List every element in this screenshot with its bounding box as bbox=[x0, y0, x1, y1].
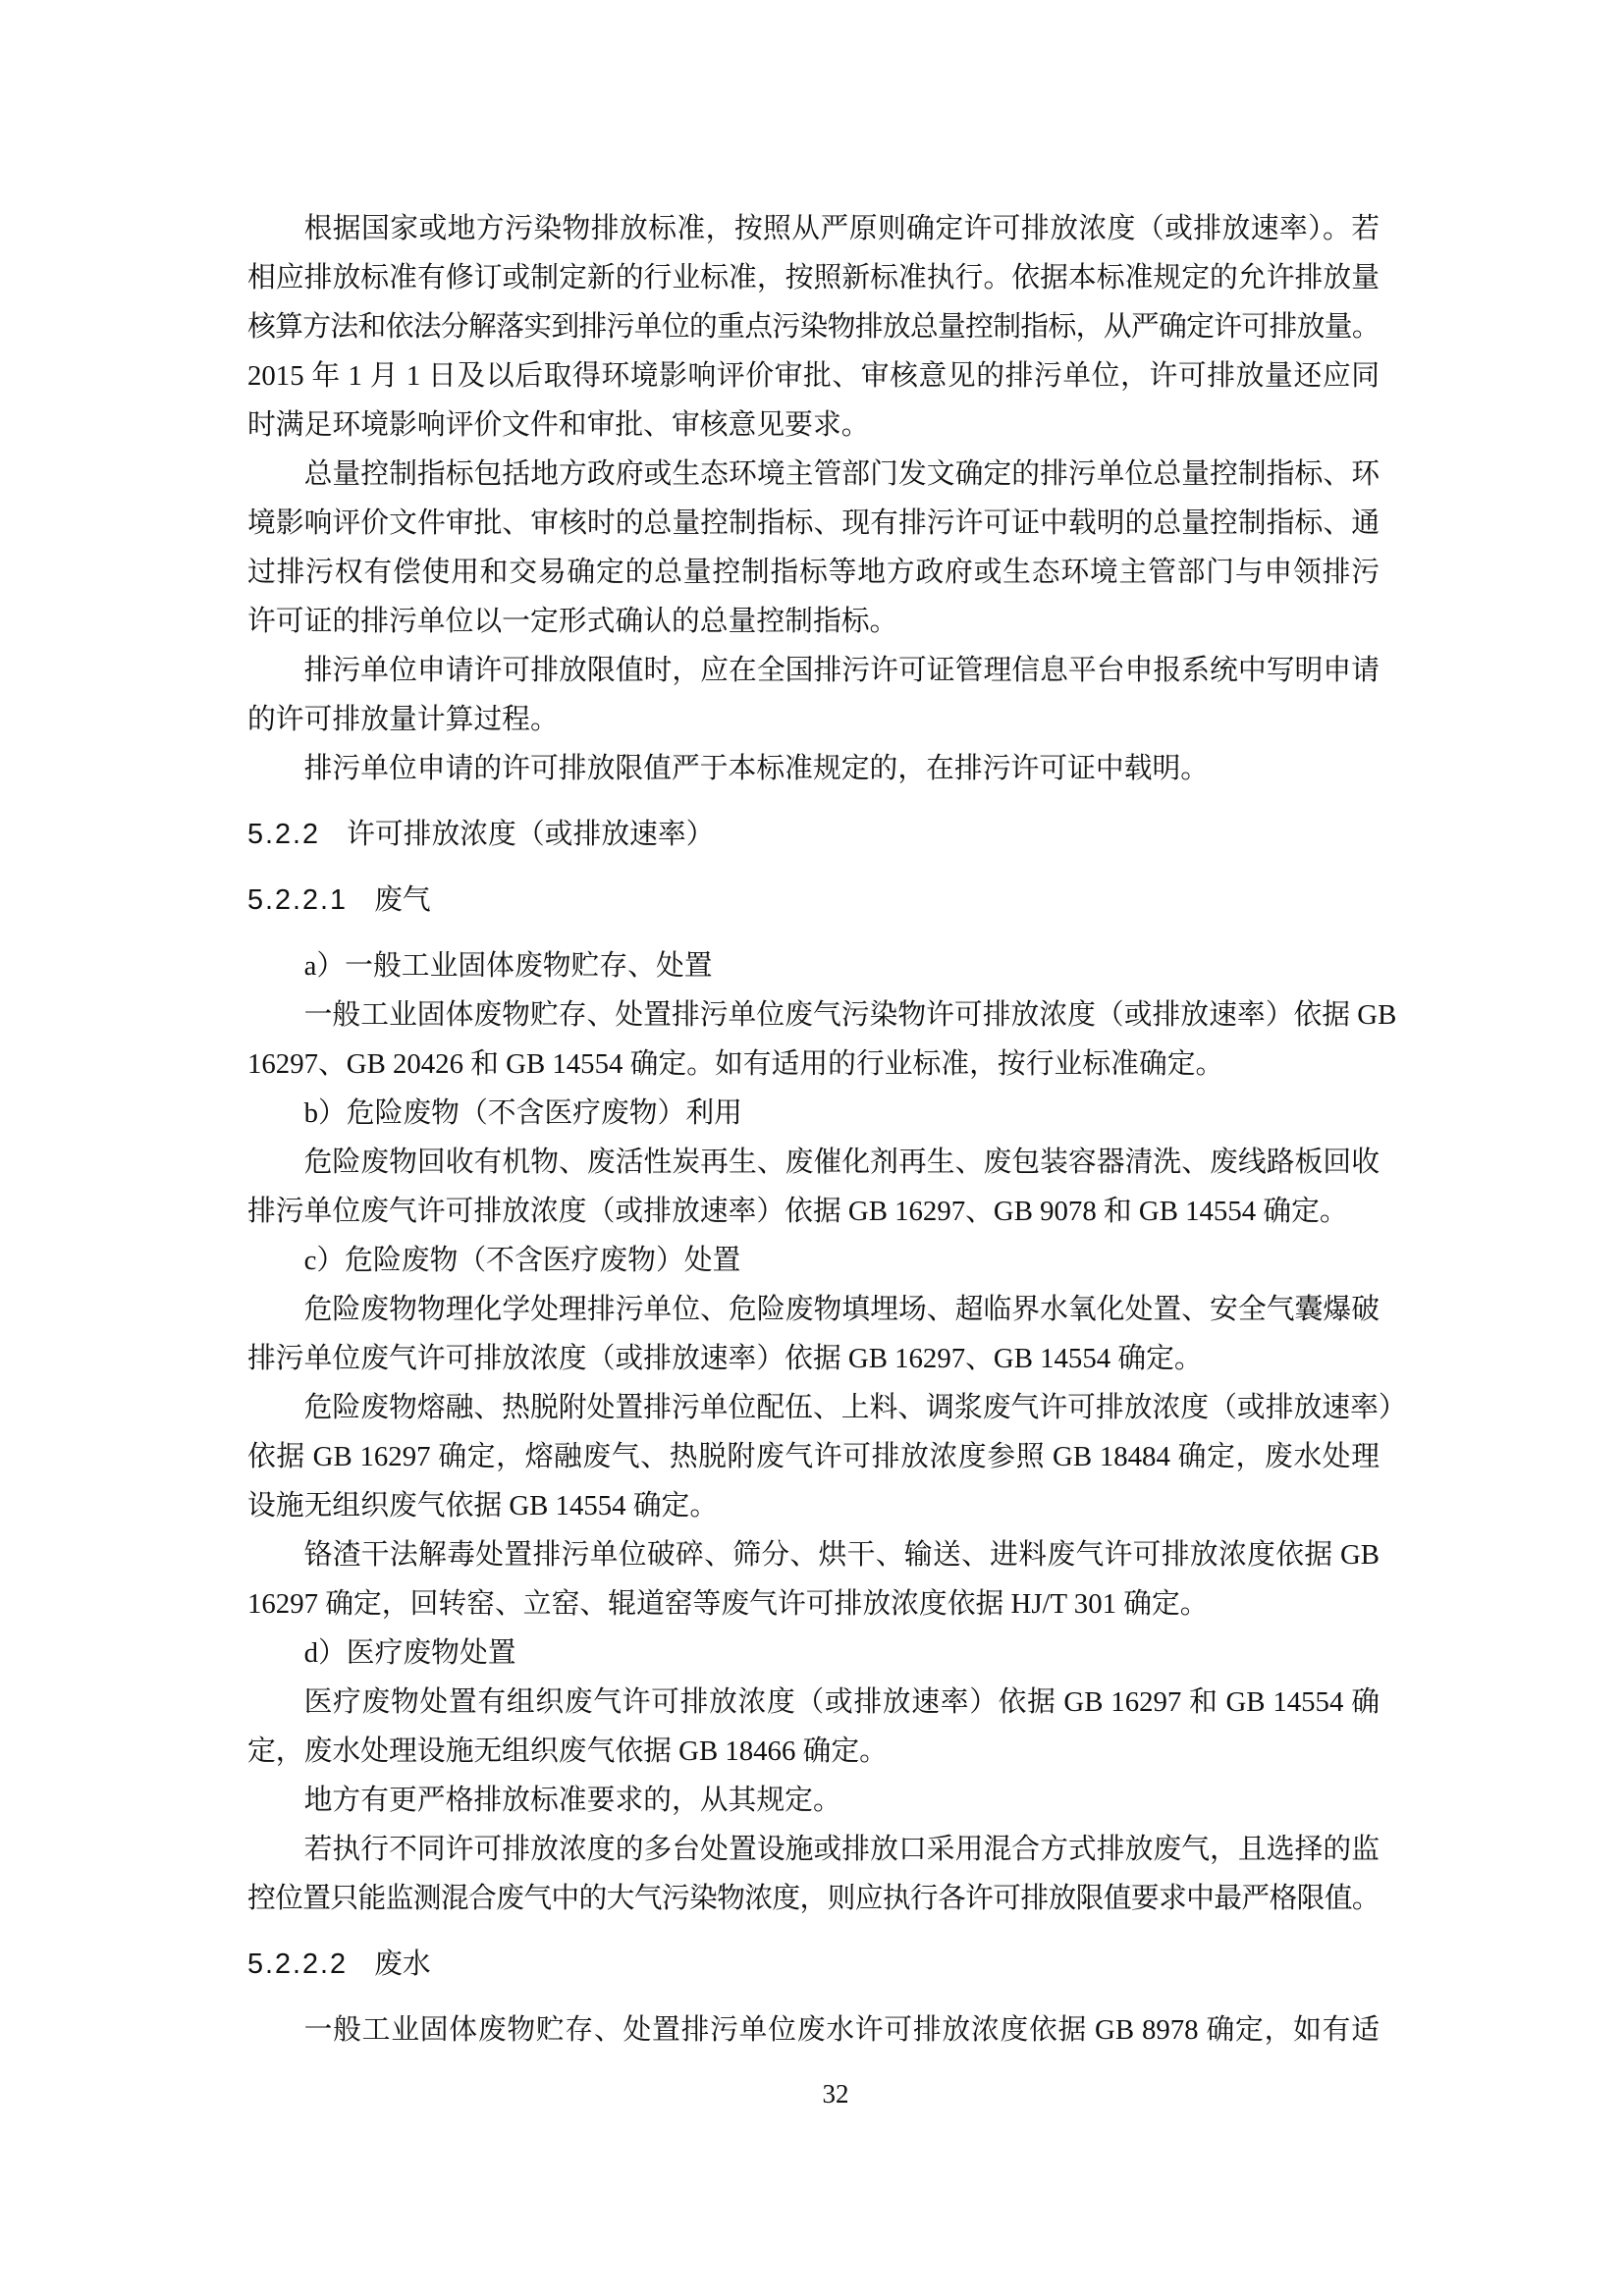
page-body: 根据国家或地方污染物排放标准，按照从严原则确定许可排放浓度（或排放速率）。若 相… bbox=[247, 204, 1380, 2055]
paragraph-permit-basis: 根据国家或地方污染物排放标准，按照从严原则确定许可排放浓度（或排放速率）。若 相… bbox=[247, 204, 1380, 450]
text-line: 危险废物物理化学处理排污单位、危险废物填埋场、超临界水氧化处置、安全气囊爆破 bbox=[247, 1285, 1380, 1334]
text-line: 根据国家或地方污染物排放标准，按照从严原则确定许可排放浓度（或排放速率）。若 bbox=[247, 204, 1380, 253]
text-line: 境影响评价文件审批、审核时的总量控制指标、现有排污许可证中载明的总量控制指标、通 bbox=[247, 499, 1380, 548]
section-number: 5.2.2.2 bbox=[247, 1949, 348, 1980]
text-line: 一般工业固体废物贮存、处置排污单位废水许可排放浓度依据 GB 8978 确定，如… bbox=[247, 2005, 1380, 2055]
text-line: 地方有更严格排放标准要求的，从其规定。 bbox=[247, 1776, 1380, 1825]
section-heading-5-2-2-2: 5.2.2.2废水 bbox=[247, 1940, 1380, 1989]
text-line: 许可证的排污单位以一定形式确认的总量控制指标。 bbox=[247, 597, 1380, 646]
text-line: 医疗废物处置有组织废气许可排放浓度（或排放速率）依据 GB 16297 和 GB… bbox=[247, 1678, 1380, 1727]
document-page: 根据国家或地方污染物排放标准，按照从严原则确定许可排放浓度（或排放速率）。若 相… bbox=[0, 0, 1624, 2296]
list-item-a: a）一般工业固体废物贮存、处置 一般工业固体废物贮存、处置排污单位废气污染物许可… bbox=[247, 941, 1380, 1089]
page-number: 32 bbox=[796, 2076, 875, 2111]
text-line: 16297 确定，回转窑、立窑、辊道窑等废气许可排放浓度依据 HJ/T 301 … bbox=[247, 1579, 1380, 1629]
paragraph-mixed-emission: 若执行不同许可排放浓度的多台处置设施或排放口采用混合方式排放废气，且选择的监 控… bbox=[247, 1825, 1380, 1923]
paragraph-local-standards: 地方有更严格排放标准要求的，从其规定。 bbox=[247, 1776, 1380, 1825]
text-line: 核算方法和依法分解落实到排污单位的重点污染物排放总量控制指标，从严确定许可排放量… bbox=[247, 302, 1380, 351]
paragraph-stricter-limits: 排污单位申请的许可排放限值严于本标准规定的，在排污许可证中载明。 bbox=[247, 744, 1380, 793]
text-line: 设施无组织废气依据 GB 14554 确定。 bbox=[247, 1481, 1380, 1530]
list-item-d: d）医疗废物处置 医疗废物处置有组织废气许可排放浓度（或排放速率）依据 GB 1… bbox=[247, 1629, 1380, 1776]
text-line: 一般工业固体废物贮存、处置排污单位废气污染物许可排放浓度（或排放速率）依据 GB bbox=[247, 990, 1380, 1040]
text-line: 定，废水处理设施无组织废气依据 GB 18466 确定。 bbox=[247, 1727, 1380, 1776]
text-line: 若执行不同许可排放浓度的多台处置设施或排放口采用混合方式排放废气，且选择的监 bbox=[247, 1825, 1380, 1874]
text-line: 排污单位废气许可排放浓度（或排放速率）依据 GB 16297、GB 14554 … bbox=[247, 1334, 1380, 1383]
section-heading-5-2-2-1: 5.2.2.1废气 bbox=[247, 876, 1380, 925]
text-line: 控位置只能监测混合废气中的大气污染物浓度，则应执行各许可排放限值要求中最严格限值… bbox=[247, 1874, 1380, 1923]
text-line: 排污单位申请的许可排放限值严于本标准规定的，在排污许可证中载明。 bbox=[247, 744, 1380, 793]
section-title: 废水 bbox=[374, 1949, 431, 1980]
list-item-label: c）危险废物（不含医疗废物）处置 bbox=[247, 1236, 1380, 1285]
text-line: 排污单位废气许可排放浓度（或排放速率）依据 GB 16297、GB 9078 和… bbox=[247, 1187, 1380, 1236]
text-line: 依据 GB 16297 确定，熔融废气、热脱附废气许可排放浓度参照 GB 184… bbox=[247, 1432, 1380, 1481]
text-line: 16297、GB 20426 和 GB 14554 确定。如有适用的行业标准，按… bbox=[247, 1040, 1380, 1089]
section-title: 许可排放浓度（或排放速率） bbox=[347, 819, 714, 850]
section-number: 5.2.2 bbox=[247, 819, 320, 850]
section-heading-5-2-2: 5.2.2许可排放浓度（或排放速率） bbox=[247, 810, 1380, 859]
paragraph-application-process: 排污单位申请许可排放限值时，应在全国排污许可证管理信息平台申报系统中写明申请 的… bbox=[247, 646, 1380, 744]
text-line: 危险废物回收有机物、废活性炭再生、废催化剂再生、废包装容器清洗、废线路板回收 bbox=[247, 1138, 1380, 1187]
text-line: 时满足环境影响评价文件和审批、审核意见要求。 bbox=[247, 400, 1380, 450]
list-item-c: c）危险废物（不含医疗废物）处置 危险废物物理化学处理排污单位、危险废物填埋场、… bbox=[247, 1236, 1380, 1629]
paragraph-total-control-indicators: 总量控制指标包括地方政府或生态环境主管部门发文确定的排污单位总量控制指标、环 境… bbox=[247, 450, 1380, 646]
text-line: 的许可排放量计算过程。 bbox=[247, 695, 1380, 744]
text-line: 相应排放标准有修订或制定新的行业标准，按照新标准执行。依据本标准规定的允许排放量 bbox=[247, 253, 1380, 302]
text-line: 过排污权有偿使用和交易确定的总量控制指标等地方政府或生态环境主管部门与申领排污 bbox=[247, 548, 1380, 597]
list-item-b: b）危险废物（不含医疗废物）利用 危险废物回收有机物、废活性炭再生、废催化剂再生… bbox=[247, 1089, 1380, 1236]
list-item-label: a）一般工业固体废物贮存、处置 bbox=[247, 941, 1380, 990]
list-item-label: b）危险废物（不含医疗废物）利用 bbox=[247, 1089, 1380, 1138]
text-line: 铬渣干法解毒处置排污单位破碎、筛分、烘干、输送、进料废气许可排放浓度依据 GB bbox=[247, 1530, 1380, 1579]
text-line: 总量控制指标包括地方政府或生态环境主管部门发文确定的排污单位总量控制指标、环 bbox=[247, 450, 1380, 499]
section-number: 5.2.2.1 bbox=[247, 884, 348, 916]
text-line: 危险废物熔融、热脱附处置排污单位配伍、上料、调浆废气许可排放浓度（或排放速率） bbox=[247, 1383, 1380, 1432]
paragraph-wastewater: 一般工业固体废物贮存、处置排污单位废水许可排放浓度依据 GB 8978 确定，如… bbox=[247, 2005, 1380, 2055]
text-line: 2015 年 1 月 1 日及以后取得环境影响评价审批、审核意见的排污单位，许可… bbox=[247, 351, 1380, 400]
text-line: 排污单位申请许可排放限值时，应在全国排污许可证管理信息平台申报系统中写明申请 bbox=[247, 646, 1380, 695]
list-item-label: d）医疗废物处置 bbox=[247, 1629, 1380, 1678]
section-title: 废气 bbox=[374, 884, 431, 916]
